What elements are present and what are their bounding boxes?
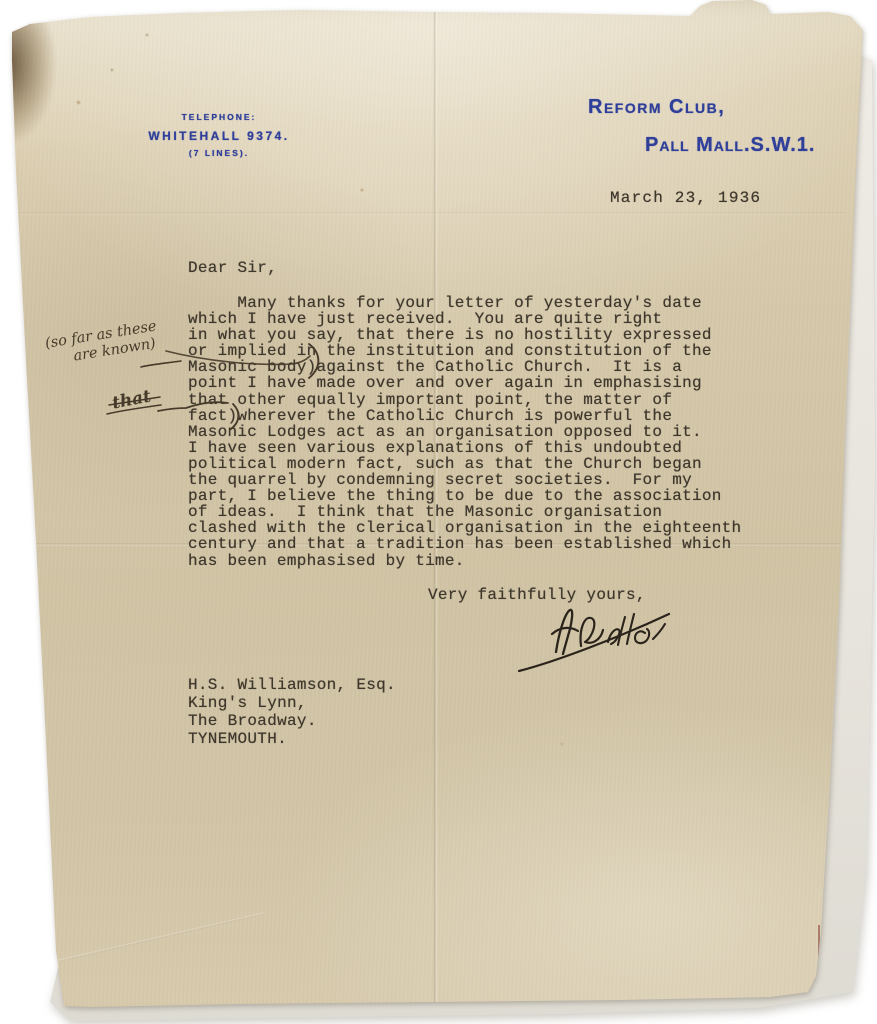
margin-note: (so far as theseare known)	[44, 318, 160, 369]
red-edge-mark	[818, 925, 820, 965]
corner-crease	[41, 912, 266, 966]
club-name: Reform Club,	[588, 96, 725, 119]
scanned-letter-photo: TELEPHONE: WHITEHALL 9374. (7 LINES). Re…	[0, 0, 877, 1024]
letter-body: Many thanks for your letter of yesterday…	[188, 295, 741, 569]
foxing-speck	[560, 742, 564, 746]
handwritten-ink-marks	[0, 0, 877, 1024]
margin-note-correction: that	[110, 386, 152, 413]
salutation: Dear Sir,	[188, 259, 277, 277]
margin-note-line1: (so far as these	[44, 318, 158, 352]
corner-damage-stain	[0, 16, 56, 144]
letter-paper: TELEPHONE: WHITEHALL 9374. (7 LINES). Re…	[0, 0, 877, 1024]
club-address: Pall Mall.S.W.1.	[645, 134, 815, 157]
foxing-speck	[110, 68, 114, 72]
paper-shadow: TELEPHONE: WHITEHALL 9374. (7 LINES). Re…	[0, 0, 877, 1024]
closing: Very faithfully yours,	[428, 586, 646, 604]
vertical-fold-crease	[433, 8, 438, 1006]
telephone-number: WHITEHALL 9374.	[143, 129, 295, 143]
horizontal-fold-crease-middle	[14, 543, 844, 546]
foxing-speck	[76, 100, 81, 105]
horizontal-fold-crease-top	[14, 212, 844, 215]
letter-date: March 23, 1936	[610, 189, 761, 207]
letterhead-telephone-block: TELEPHONE: WHITEHALL 9374. (7 LINES).	[143, 112, 295, 158]
margin-note-line2: are known)	[72, 335, 160, 365]
telephone-label: TELEPHONE:	[143, 112, 295, 122]
red-edge-mark	[614, 1002, 810, 1005]
telephone-lines: (7 LINES).	[143, 148, 295, 158]
foxing-speck	[145, 33, 149, 37]
recipient-address: H.S. Williamson, Esq. King's Lynn, The B…	[188, 676, 396, 748]
foxing-speck	[360, 188, 364, 192]
